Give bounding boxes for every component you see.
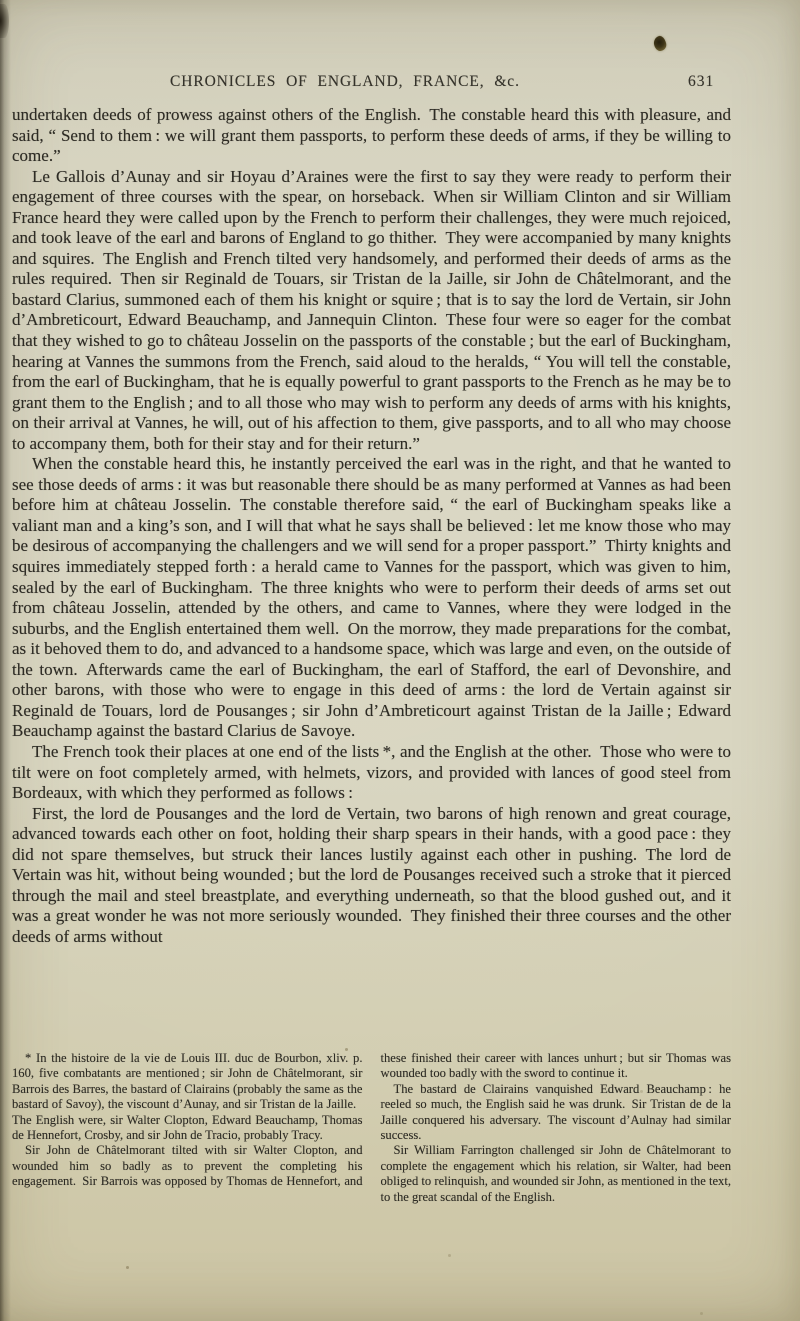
paper-speck (448, 1254, 451, 1257)
footnote-paragraph: The bastard de Clairains vanquished Edwa… (381, 1082, 732, 1144)
body-paragraph: The French took their places at one end … (12, 742, 731, 804)
book-page-scan: CHRONICLES OF ENGLAND, FRANCE, &c. 631 u… (0, 0, 800, 1321)
running-title: CHRONICLES OF ENGLAND, FRANCE, &c. (170, 73, 520, 91)
page-number: 631 (688, 73, 714, 91)
body-paragraph: Le Gallois d’Aunay and sir Hoyau d’Arain… (12, 167, 731, 455)
body-paragraph: When the constable heard this, he instan… (12, 454, 731, 742)
paper-speck (126, 1266, 129, 1269)
ink-blot-stain (652, 35, 667, 52)
paper-speck (700, 1312, 703, 1315)
footnotes-section: * In the histoire de la vie de Louis III… (12, 1051, 731, 1205)
page-gutter-shadow (0, 0, 11, 1321)
scan-corner-smudge (0, 4, 9, 38)
body-paragraph: First, the lord de Pousanges and the lor… (12, 804, 731, 948)
footnote-paragraph: * In the histoire de la vie de Louis III… (12, 1051, 363, 1143)
running-header: CHRONICLES OF ENGLAND, FRANCE, &c. 631 (0, 73, 800, 93)
body-text: undertaken deeds of prowess against othe… (12, 105, 731, 947)
body-paragraph-continuation: undertaken deeds of prowess against othe… (12, 105, 731, 167)
footnote-paragraph: Sir William Farrington challenged sir Jo… (381, 1143, 732, 1205)
